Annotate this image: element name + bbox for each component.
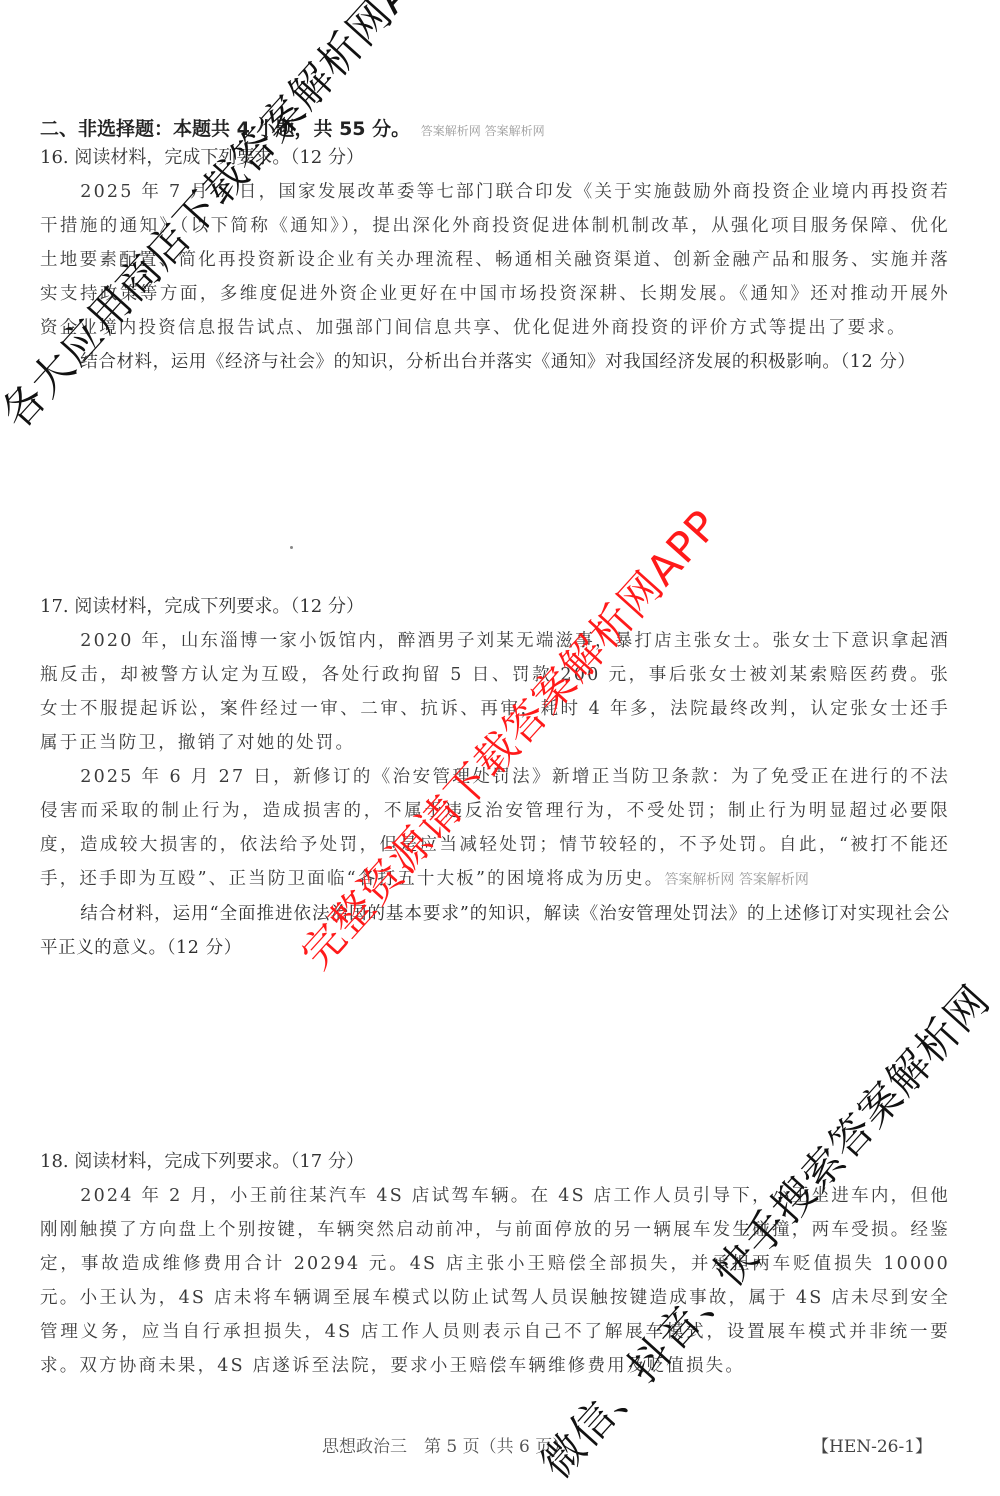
question-16-title: 16. 阅读材料，完成下列要求。（12 分） [40,141,950,175]
question-16-prompt: 结合材料，运用《经济与社会》的知识，分析出台并落实《通知》对我国经济发展的积极影… [40,345,950,379]
question-17-material-2: 2025 年 6 月 27 日，新修订的《治安管理处罚法》新增正当防卫条款：为了… [40,760,950,897]
paper-code: 【HEN-26-1】 [812,1432,932,1457]
question-17-title: 17. 阅读材料，完成下列要求。（12 分） [40,590,950,624]
question-17-prompt: 结合材料，运用“全面推进依法治国的基本要求”的知识，解读《治安管理处罚法》的上述… [40,897,950,965]
page-footer-label: 思想政治三 第 5 页（共 6 页） [322,1432,569,1457]
section-heading: 二、非选择题：本题共 4 小题，共 55 分。 答案解析网 答案解析网 [40,114,545,141]
faint-watermark-text: 答案解析网 答案解析网 [664,872,808,888]
question-16: 16. 阅读材料，完成下列要求。（12 分） 2025 年 7 月 7 日，国家… [40,141,950,379]
question-18: 18. 阅读材料，完成下列要求。（17 分） 2024 年 2 月，小王前往某汽… [40,1145,950,1383]
question-17: 17. 阅读材料，完成下列要求。（12 分） 2020 年，山东淄博一家小饭馆内… [40,590,950,965]
exam-page: 二、非选择题：本题共 4 小题，共 55 分。 答案解析网 答案解析网 16. … [0,0,1000,1496]
question-18-title: 18. 阅读材料，完成下列要求。（17 分） [40,1145,950,1179]
question-17-material-2-text: 2025 年 6 月 27 日，新修订的《治安管理处罚法》新增正当防卫条款：为了… [40,767,950,889]
question-16-material: 2025 年 7 月 7 日，国家发展改革委等七部门联合印发《关于实施鼓励外商投… [40,175,950,345]
section-heading-text: 二、非选择题：本题共 4 小题，共 55 分。 [40,118,410,140]
scan-speck [290,546,293,549]
question-17-material-1: 2020 年，山东淄博一家小饭馆内，醉酒男子刘某无端滋事，暴打店主张女士。张女士… [40,624,950,760]
question-18-material: 2024 年 2 月，小王前往某汽车 4S 店试驾车辆。在 4S 店工作人员引导… [40,1179,950,1383]
faint-watermark-text: 答案解析网 答案解析网 [421,124,545,138]
